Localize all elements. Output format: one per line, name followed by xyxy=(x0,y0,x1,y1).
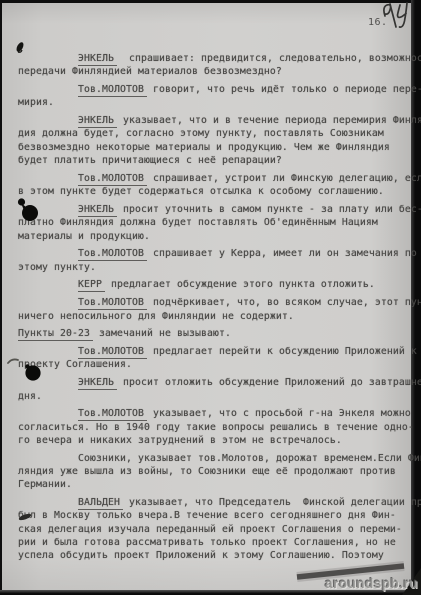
speaker-name: ЭНКЕЛЬ xyxy=(78,53,117,66)
text-line: Германии. xyxy=(18,478,410,491)
paragraph: Союзники, указывает тов.Молотов, дорожат… xyxy=(18,452,410,492)
text-line: материалы и продукцию. xyxy=(18,230,410,243)
text-line: мирия. xyxy=(18,96,410,109)
paragraph: ЭНКЕЛЬ просит отложить обсуждение Прилож… xyxy=(18,376,410,403)
text-line: успела обсудить проект Приложений к этом… xyxy=(18,549,410,562)
paragraph: Тов.МОЛОТОВ указывает, что с просьбой г-… xyxy=(18,407,410,447)
speaker-name: Тов.МОЛОТОВ xyxy=(78,84,147,97)
scanned-document-page: 16. ЭНКЕЛЬ спрашивает: предвидится, след… xyxy=(0,0,421,595)
text-line: рии и была готова рассматривать только п… xyxy=(18,536,410,549)
text-line: был в Москву только вчера.В течение всег… xyxy=(18,509,410,522)
paragraph: ВАЛЬДЕН указывает, что Председатель Финс… xyxy=(18,496,410,562)
speaker-name: Пункты 20-23 xyxy=(18,328,93,341)
text-line: в этом пункте будет содержаться отсылка … xyxy=(18,185,410,198)
speaker-name: Тов.МОЛОТОВ xyxy=(78,248,147,261)
text-line: ляндия уже вышла из войны, то Союзники е… xyxy=(18,465,410,478)
speaker-name: ВАЛЬДЕН xyxy=(78,497,123,510)
text-line: Тов.МОЛОТОВ говорит, что речь идёт тольк… xyxy=(18,83,410,96)
watermark: aroundspb.ru xyxy=(325,576,418,591)
paragraph: Пункты 20-23 замечаний не вызывают. xyxy=(18,327,410,340)
text-line: ВАЛЬДЕН указывает, что Председатель Финс… xyxy=(18,496,410,509)
ink-speck-left xyxy=(8,359,18,363)
paragraph: КЕРР предлагает обсуждение этого пункта … xyxy=(18,278,410,291)
paragraph: ЭНКЕЛЬ просит уточнить в самом пункте - … xyxy=(18,203,410,243)
speaker-name: Тов.МОЛОТОВ xyxy=(78,346,147,359)
paragraph: Тов.МОЛОТОВ спрашивает у Керра, имеет ли… xyxy=(18,247,410,274)
text-line: ЭНКЕЛЬ указывает, что и в течение период… xyxy=(18,114,410,127)
text-line: дия должна будет, согласно этому пункту,… xyxy=(18,127,410,140)
speaker-name: Тов.МОЛОТОВ xyxy=(78,173,147,186)
text-line: Тов.МОЛОТОВ подчёркивает, что, во всяком… xyxy=(18,296,410,309)
scan-edge-left xyxy=(0,0,2,595)
speaker-name: ЭНКЕЛЬ xyxy=(78,204,117,217)
text-line: будет платить причитающиеся с неё репара… xyxy=(18,154,410,167)
text-line: безвозмездно некоторые материалы и проду… xyxy=(18,141,410,154)
paragraph: Тов.МОЛОТОВ спрашивает, устроит ли Финск… xyxy=(18,172,410,199)
text-line: Тов.МОЛОТОВ предлагает перейти к обсужде… xyxy=(18,345,410,358)
speaker-name: Тов.МОЛОТОВ xyxy=(78,297,147,310)
text-line: ЭНКЕЛЬ просит отложить обсуждение Прилож… xyxy=(18,376,410,389)
text-line: проекту Соглашения. xyxy=(18,358,410,371)
text-line: этому пункту. xyxy=(18,261,410,274)
text-line: Тов.МОЛОТОВ спрашивает, устроит ли Финск… xyxy=(18,172,410,185)
text-line: ская делегация изучала переданный ей про… xyxy=(18,523,410,536)
text-line: передачи Финляндией материалов безвозмез… xyxy=(18,65,410,78)
paragraph: Тов.МОЛОТОВ говорит, что речь идёт тольк… xyxy=(18,83,410,110)
speaker-name: ЭНКЕЛЬ xyxy=(78,115,117,128)
page-number: 16. xyxy=(368,17,388,28)
paragraph: Тов.МОЛОТОВ предлагает перейти к обсужде… xyxy=(18,345,410,372)
text-line: Тов.МОЛОТОВ указывает, что с просьбой г-… xyxy=(18,407,410,420)
text-line: платно Финляндия должна будет поставлять… xyxy=(18,216,410,229)
paragraph: Тов.МОЛОТОВ подчёркивает, что, во всяком… xyxy=(18,296,410,323)
scan-edge-top xyxy=(0,0,421,3)
paragraph: ЭНКЕЛЬ спрашивает: предвидится, следоват… xyxy=(18,52,410,79)
text-line: ничего непосильного для Финляндии не сод… xyxy=(18,310,410,323)
text-line: дня. xyxy=(18,390,410,403)
paragraph: ЭНКЕЛЬ указывает, что и в течение период… xyxy=(18,114,410,167)
text-line: ЭНКЕЛЬ спрашивает: предвидится, следоват… xyxy=(18,52,410,65)
text-line: ЭНКЕЛЬ просит уточнить в самом пункте - … xyxy=(18,203,410,216)
text-line: го вечера и никаких затруднений в этом н… xyxy=(18,434,410,447)
text-line: согласиться. Но в 1940 году такие вопрос… xyxy=(18,421,410,434)
document-text: ЭНКЕЛЬ спрашивает: предвидится, следоват… xyxy=(18,52,410,563)
speaker-name: КЕРР xyxy=(78,279,105,292)
speaker-name: ЭНКЕЛЬ xyxy=(78,377,117,390)
speaker-name: Тов.МОЛОТОВ xyxy=(78,408,147,421)
text-line: Тов.МОЛОТОВ спрашивает у Керра, имеет ли… xyxy=(18,247,410,260)
text-line: Союзники, указывает тов.Молотов, дорожат… xyxy=(18,452,410,465)
text-line: КЕРР предлагает обсуждение этого пункта … xyxy=(18,278,410,291)
text-line: Пункты 20-23 замечаний не вызывают. xyxy=(18,327,410,340)
